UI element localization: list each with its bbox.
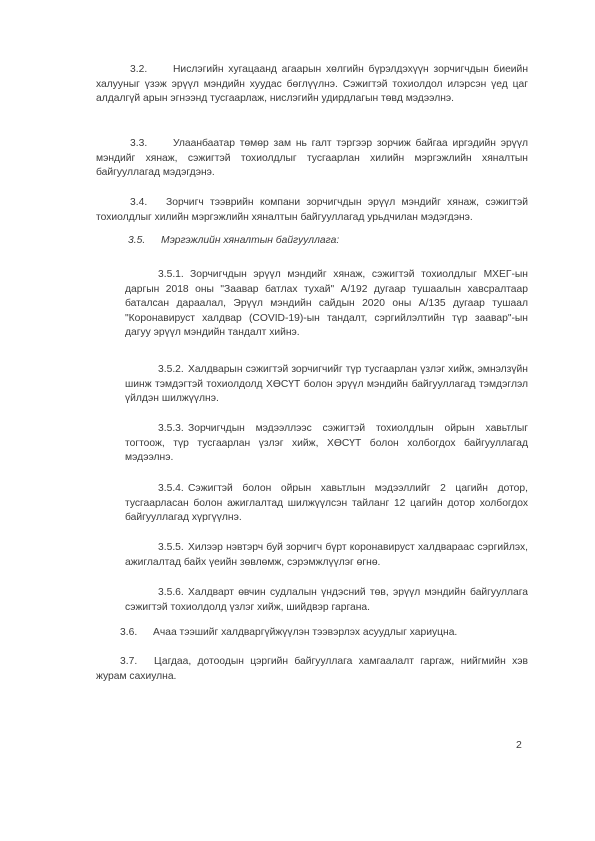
paragraph-3-5-4: 3.5.4.Сэжигтэй болон ойрын хавьтлын мэдэ…	[125, 482, 528, 526]
paragraph-text: Цагдаа, дотоодын цэргийн байгууллага хам…	[96, 656, 528, 682]
paragraph-3-7: 3.7.Цагдаа, дотоодын цэргийн байгууллага…	[96, 655, 528, 684]
paragraph-3-5-3: 3.5.3.Зорчигчдын мэдээллээс сэжигтэй тох…	[125, 422, 528, 466]
paragraph-3-5-5: 3.5.5.Хилээр нэвтэрч буй зорчигч бүрт ко…	[125, 541, 528, 570]
paragraph-number: 3.5.1.	[158, 268, 190, 283]
paragraph-number: 3.4.	[130, 196, 166, 211]
paragraph-3-5-1: 3.5.1.Зорчигчдын эрүүл мэндийг хянаж, сэ…	[125, 268, 528, 341]
paragraph-number: 3.5.4.	[158, 482, 188, 497]
section-heading-3-5: 3.5.Мэргэжлийн хяналтын байгууллага:	[128, 234, 339, 249]
section-title: Мэргэжлийн хяналтын байгууллага:	[161, 235, 339, 246]
paragraph-number: 3.6.	[120, 626, 153, 641]
paragraph-text: Ачаа тээшийг халдваргүйжүүлэн тээвэрлэх …	[153, 627, 457, 638]
page-number: 2	[516, 738, 522, 753]
paragraph-3-5-6: 3.5.6.Халдварт өвчин судлалын үндэсний т…	[125, 586, 528, 615]
section-number: 3.5.	[128, 234, 161, 249]
paragraph-3-4: 3.4.Зорчигч тээврийн компани зорчигчдын …	[96, 196, 528, 225]
paragraph-3-6: 3.6.Ачаа тээшийг халдваргүйжүүлэн тээвэр…	[96, 626, 528, 641]
paragraph-3-3: 3.3.Улаанбаатар төмөр зам нь галт тэргээ…	[96, 137, 528, 181]
paragraph-3-2: 3.2.Нислэгийн хугацаанд агаарын хөлгийн …	[96, 63, 528, 107]
document-page: 3.2.Нислэгийн хугацаанд агаарын хөлгийн …	[0, 0, 595, 841]
paragraph-number: 3.5.3.	[158, 422, 188, 437]
paragraph-number: 3.3.	[130, 137, 173, 152]
paragraph-number: 3.5.6.	[158, 586, 188, 601]
paragraph-3-5-2: 3.5.2.Халдварын сэжигтэй зорчигчийг түр …	[125, 363, 528, 407]
paragraph-number: 3.5.2.	[158, 363, 188, 378]
paragraph-number: 3.5.5.	[158, 541, 188, 556]
paragraph-number: 3.7.	[120, 655, 154, 670]
paragraph-number: 3.2.	[130, 63, 173, 78]
